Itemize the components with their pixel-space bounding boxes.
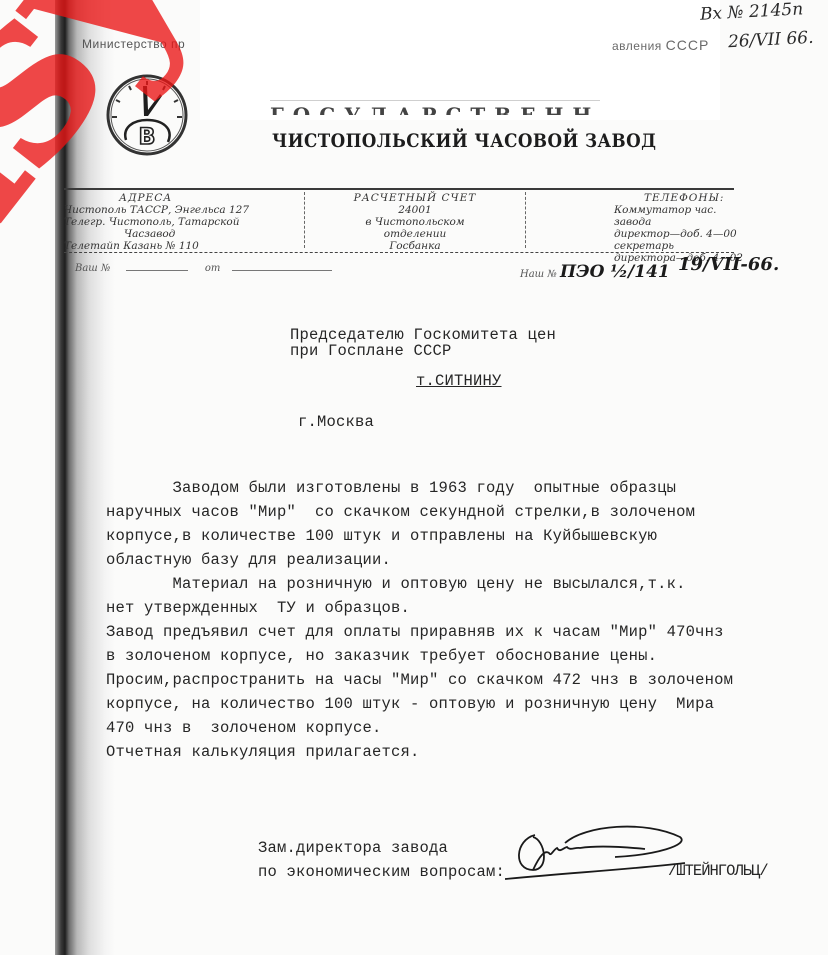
your-ref-line: Ваш № от [75, 262, 332, 274]
body-line: Заводом были изготовлены в 1963 году опы… [106, 476, 733, 500]
address-line: Часзавод [64, 228, 264, 240]
letter-body: Заводом были изготовлены в 1963 году опы… [106, 476, 733, 764]
our-ref-line: Наш № ПЭО ½/141 [520, 262, 670, 282]
address-column: АДРЕСА Чистополь ТАССР, Энгельса 127 Тел… [64, 192, 264, 252]
phone-line: секретарь [614, 240, 744, 252]
our-ref-date: 19/VII-66. [678, 254, 779, 275]
recipient-name: т.СИТНИНУ [416, 370, 502, 392]
state-enterprise-line: ГОСУДАРСТВЕННЫЙ [270, 100, 600, 115]
body-line: корпусе, на количество 100 штук - оптову… [106, 692, 733, 716]
body-line: в золоченом корпусе, но заказчик требует… [106, 644, 733, 668]
ministry-label: Министерство пр [82, 37, 185, 51]
our-ref-label: Наш № [520, 269, 557, 280]
phone-line: директор—доб. 4—00 [614, 228, 744, 240]
body-line: Материал на розничную и оптовую цену не … [106, 572, 733, 596]
incoming-date: 26/VII 66. [728, 28, 814, 52]
clock-b-logo-icon: B [104, 72, 190, 158]
from-blank [232, 262, 332, 271]
signature-title: Зам.директора заводапо экономическим воп… [258, 836, 505, 884]
account-column: РАСЧЕТНЫЙ СЧЕТ 24001 в Чистопольском отд… [304, 192, 526, 248]
svg-text:B: B [139, 125, 156, 150]
ministry-label-right: авления СССР [612, 37, 709, 53]
account-line: отделении [305, 228, 525, 240]
signer-name: /ШТЕЙНГОЛЬЦ/ [668, 860, 768, 882]
recipient-line: Председателю Госкомитета цен [290, 327, 556, 343]
ministry-right-small: авления [612, 39, 662, 53]
letterhead-info-box: АДРЕСА Чистополь ТАССР, Энгельса 127 Тел… [64, 188, 734, 253]
ministry-right-big: СССР [666, 37, 710, 53]
account-line: Госбанка [305, 240, 525, 252]
recipient-city: г.Москва [298, 411, 374, 433]
body-line: Просим,распространить на часы "Мир" со с… [106, 668, 733, 692]
phones-title: ТЕЛЕФОНЫ: [614, 192, 744, 204]
scanned-letter: Министерство пр авления СССР Вх № 2145п … [0, 0, 828, 955]
body-line: корпусе,в количестве 100 штук и отправле… [106, 524, 733, 548]
your-ref-blank [126, 262, 188, 271]
handwritten-signature-icon [505, 815, 690, 885]
account-line: в Чистопольском [305, 216, 525, 228]
address-line: Телетайп Казань № 110 [64, 240, 264, 252]
account-line: 24001 [305, 204, 525, 216]
body-line: Отчетная калькуляция прилагается. [106, 740, 733, 764]
address-line: Телегр. Чистополь, Татарской [64, 216, 264, 228]
phone-line: Коммутатор час. завода [614, 204, 744, 228]
body-line: 470 чнз в золоченом корпусе. [106, 716, 733, 740]
recipient-line: при Госплане СССР [290, 343, 556, 359]
factory-name: ЧИСТОПОЛЬСКИЙ ЧАСОВОЙ ЗАВОД [272, 130, 656, 152]
your-ref-label: Ваш № [75, 263, 110, 274]
from-label: от [205, 263, 221, 274]
incoming-number: Вх № 2145п [700, 0, 804, 25]
recipient-block: Председателю Госкомитета ценпри Госплане… [290, 327, 556, 359]
signer-title-line: Зам.директора завода [258, 836, 505, 860]
body-line: областную базу для реализации. [106, 548, 733, 572]
signer-title-line: по экономическим вопросам: [258, 860, 505, 884]
address-title: АДРЕСА [64, 192, 264, 204]
body-line: Завод предъявил счет для оплаты приравня… [106, 620, 733, 644]
account-title: РАСЧЕТНЫЙ СЧЕТ [305, 192, 525, 204]
body-line: наручных часов "Мир" со скачком секундно… [106, 500, 733, 524]
our-ref-value: ПЭО ½/141 [560, 262, 670, 282]
body-line: нет утвержденных ТУ и образцов. [106, 596, 733, 620]
address-line: Чистополь ТАССР, Энгельса 127 [64, 204, 264, 216]
